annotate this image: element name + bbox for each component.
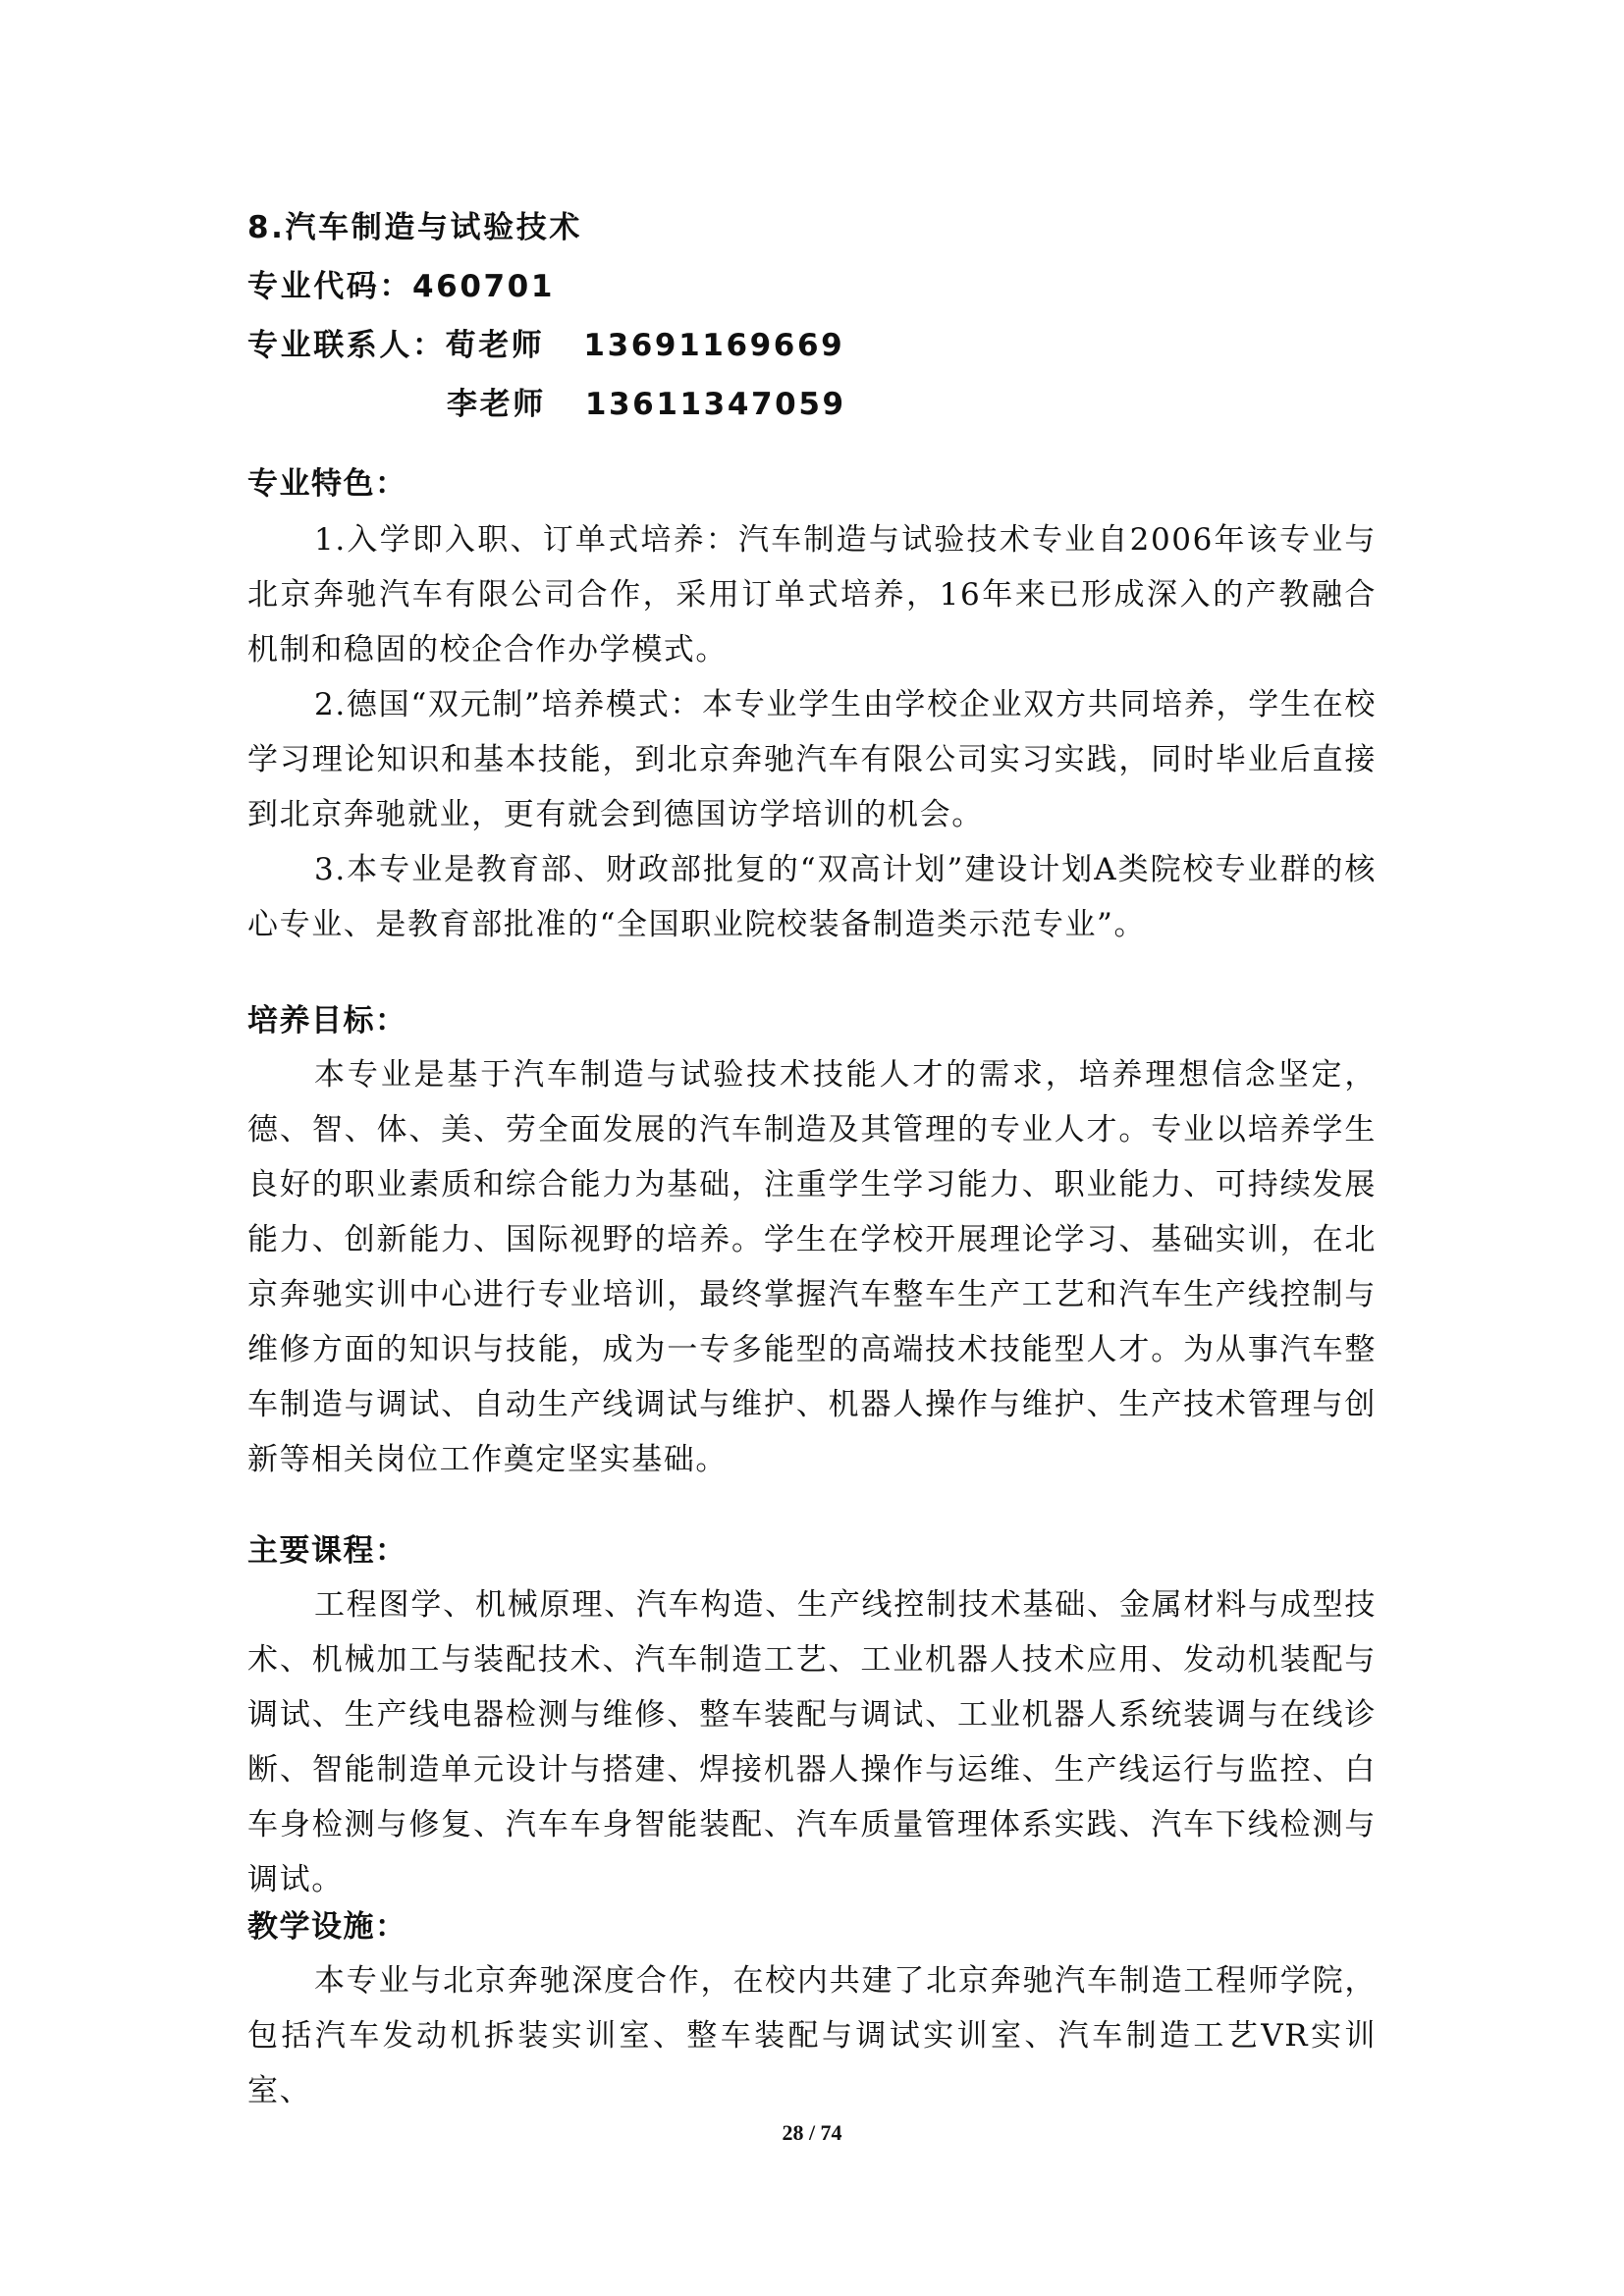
courses-heading: 主要课程： [247, 1531, 407, 1571]
contact-phone: 13691169669 [583, 328, 844, 363]
contact-row-1: 专业联系人：荀老师13691169669 [247, 326, 844, 365]
facilities-text: 本专业与北京奔驰深度合作，在校内共建了北京奔驰汽车制造工程师学院，包括汽车发动机… [247, 1953, 1377, 2118]
page-number: 28 / 74 [0, 2120, 1624, 2146]
contact-name: 荀老师 [446, 328, 545, 363]
contact-name: 李老师 [447, 387, 546, 422]
features-heading: 专业特色： [247, 464, 407, 504]
contact-row-2: 李老师13611347059 [447, 385, 846, 424]
goals-heading: 培养目标： [247, 1001, 407, 1041]
courses-text: 工程图学、机械原理、汽车构造、生产线控制技术基础、金属材料与成型技术、机械加工与… [247, 1577, 1377, 1907]
goals-text: 本专业是基于汽车制造与试验技术技能人才的需求，培养理想信念坚定，德、智、体、美、… [247, 1047, 1377, 1487]
contact-label: 专业联系人： [247, 328, 446, 363]
feature-item-1: 1.入学即入职、订单式培养：汽车制造与试验技术专业自2006年该专业与北京奔驰汽… [247, 512, 1377, 677]
feature-item-2: 2.德国“双元制”培养模式：本专业学生由学校企业双方共同培养，学生在校学习理论知… [247, 677, 1377, 842]
major-code-label: 专业代码： [247, 269, 412, 304]
section-title: 8.汽车制造与试验技术 [247, 208, 582, 247]
major-code: 专业代码：460701 [247, 267, 555, 306]
contact-phone: 13611347059 [585, 387, 846, 422]
feature-item-3: 3.本专业是教育部、财政部批复的“双高计划”建设计划A类院校专业群的核心专业、是… [247, 842, 1377, 952]
major-code-value: 460701 [412, 269, 555, 304]
facilities-heading: 教学设施： [247, 1907, 407, 1947]
